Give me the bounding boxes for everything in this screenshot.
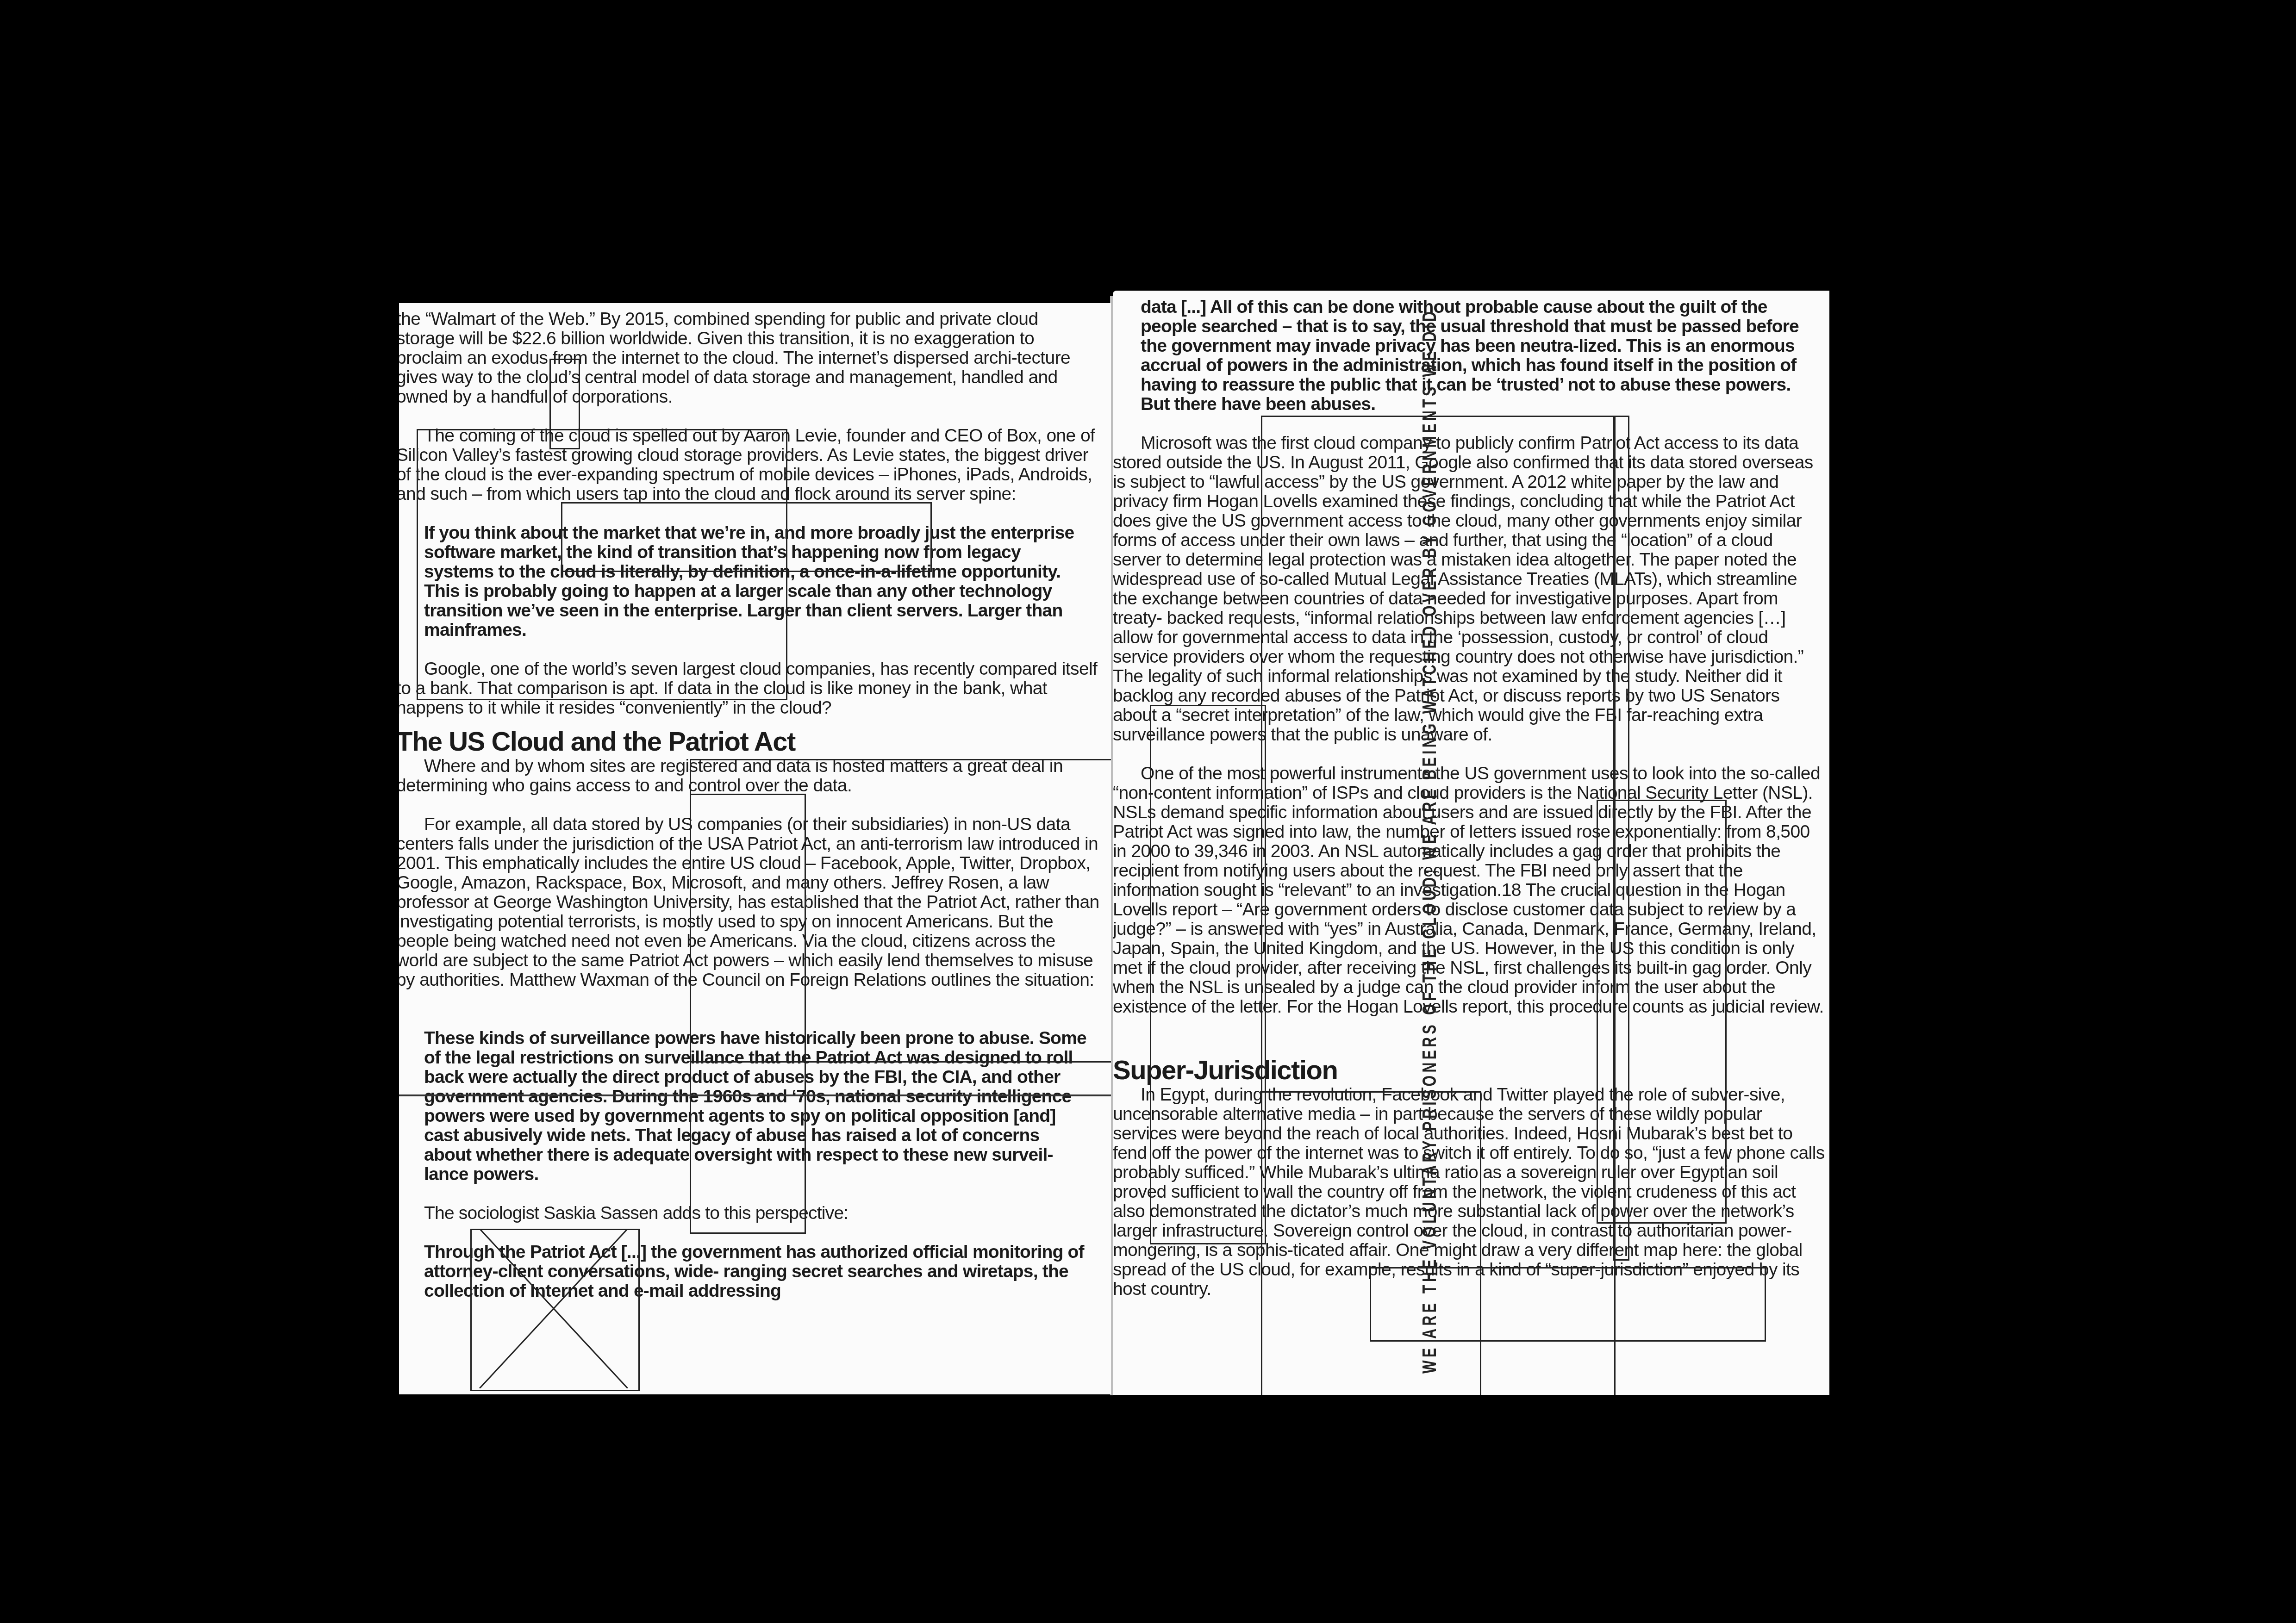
left-text-column: the “Walmart of the Web.” By 2015, combi…	[399, 310, 1100, 1301]
paragraph: One of the most powerful instruments the…	[1113, 764, 1826, 1017]
left-page: the “Walmart of the Web.” By 2015, combi…	[399, 303, 1111, 1394]
right-page: data [...] All of this can be done witho…	[1113, 291, 1829, 1395]
vertical-slogan: WE ARE THE VOLUNTARY PRISONERS OF THE CL…	[1418, 309, 1441, 1374]
paragraph: Microsoft was the first cloud company to…	[1113, 434, 1826, 745]
paragraph: Where and by whom sites are registered a…	[399, 757, 1100, 796]
paragraph: For example, all data stored by US compa…	[399, 815, 1100, 990]
section-heading: Super-Jurisdiction	[1113, 1056, 1826, 1085]
block-quote: These kinds of surveillance powers have …	[399, 1029, 1100, 1184]
paragraph: the “Walmart of the Web.” By 2015, combi…	[399, 310, 1100, 407]
paragraph: The coming of the cloud is spelled out b…	[399, 426, 1100, 504]
paragraph: The sociologist Saskia Sassen adds to th…	[399, 1204, 1100, 1223]
paragraph: In Egypt, during the revolution, Faceboo…	[1113, 1085, 1826, 1299]
triangle-overlay	[470, 1229, 637, 1388]
paragraph: Google, one of the world’s seven largest…	[399, 659, 1100, 718]
section-heading: The US Cloud and the Patriot Act	[399, 727, 1100, 757]
overlay-rule	[399, 1094, 1111, 1096]
block-quote: If you think about the market that we’re…	[399, 523, 1100, 640]
right-text-column: data [...] All of this can be done witho…	[1113, 298, 1826, 1299]
block-quote: data [...] All of this can be done witho…	[1113, 298, 1826, 414]
